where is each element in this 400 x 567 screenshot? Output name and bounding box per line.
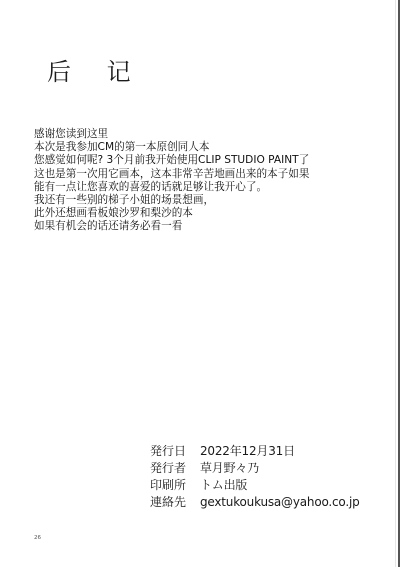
- afterword-line: 如果有机会的话还请务必看一看: [34, 220, 309, 233]
- afterword-line: 这也是第一次用它画本，这本非常辛苦地画出来的本子如果: [34, 168, 309, 181]
- colophon-row-publish-date: 発行日 2022年12月31日: [150, 443, 360, 460]
- colophon-value: gextukoukusa@yahoo.co.jp: [200, 494, 360, 511]
- colophon-row-printer: 印刷所 トム出版: [150, 477, 360, 494]
- colophon-label: 発行日: [150, 443, 200, 460]
- afterword-line: 此外还想画看板娘沙罗和梨沙的本: [34, 207, 309, 220]
- colophon-value: トム出版: [200, 477, 247, 494]
- afterword-line: 感谢您读到这里: [34, 128, 309, 141]
- colophon-value: 草月野々乃: [200, 460, 259, 477]
- afterword-text: 感谢您读到这里 本次是我参加CM的第一本原创同人本 您感觉如何呢? 3个月前我开…: [34, 128, 309, 234]
- page-title: 后 记: [47, 52, 145, 87]
- page-number: 26: [34, 535, 41, 541]
- afterword-line: 能有一点让您喜欢的喜爱的话就足够让我开心了。: [34, 181, 309, 194]
- afterword-line: 本次是我参加CM的第一本原创同人本: [34, 141, 309, 154]
- colophon-row-publisher: 発行者 草月野々乃: [150, 460, 360, 477]
- afterword-line: 我还有一些别的梯子小姐的场景想画，: [34, 194, 309, 207]
- afterword-line: 您感觉如何呢? 3个月前我开始使用CLIP STUDIO PAINT了: [34, 154, 309, 167]
- page-edge-shadow: [395, 0, 396, 567]
- colophon-label: 発行者: [150, 460, 200, 477]
- colophon-row-contact: 連絡先 gextukoukusa@yahoo.co.jp: [150, 494, 360, 511]
- colophon-value: 2022年12月31日: [200, 443, 295, 460]
- colophon-label: 連絡先: [150, 494, 200, 511]
- colophon-label: 印刷所: [150, 477, 200, 494]
- colophon: 発行日 2022年12月31日 発行者 草月野々乃 印刷所 トム出版 連絡先 g…: [150, 443, 360, 511]
